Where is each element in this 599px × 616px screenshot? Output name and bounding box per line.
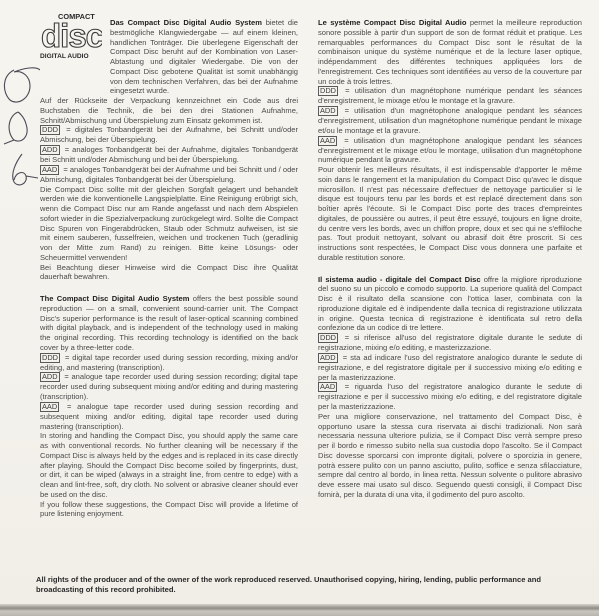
english-section: The Compact Disc Digital Audio System of… [40, 294, 298, 519]
logo-main-text: disc [41, 17, 102, 54]
code-badge: ADD [318, 106, 338, 116]
code-badge: DDD [40, 353, 60, 363]
left-column: COMPACT disc DIGITAL AUDIO Das Compact D… [40, 18, 298, 528]
german-code-intro: Auf der Rückseite der Verpackung kennzei… [40, 96, 298, 125]
french-intro-text: permet la meilleure reproduction sonore … [318, 18, 582, 86]
italian-section: Il sistema audio - digitale del Compact … [318, 275, 582, 500]
code-description: = utilisation d'un magnétophone numériqu… [318, 86, 582, 105]
code-badge: DDD [318, 333, 338, 343]
german-code-add: ADD = analoges Tonbandgerät bei der Aufn… [40, 145, 298, 165]
italian-title: Il sistema audio - digitale del Compact … [318, 275, 481, 284]
compact-disc-logo-icon: COMPACT disc DIGITAL AUDIO [40, 12, 102, 64]
code-description: = digitales Tonbandgerät bei der Aufnahm… [40, 125, 298, 144]
code-description: = analogue tape recorder used during ses… [40, 372, 298, 401]
french-title: Le système Compact Disc Digital Audio [318, 18, 466, 27]
english-intro: The Compact Disc Digital Audio System of… [40, 294, 298, 353]
code-description: = utilisation d'un magnétophone analogiq… [318, 106, 582, 135]
english-care: In storing and handling the Compact Disc… [40, 431, 298, 499]
code-description: = riguarda l'uso del registratore analog… [318, 382, 582, 411]
english-closing: If you follow these suggestions, the Com… [40, 500, 298, 520]
english-code-aad: AAD = analogue tape recorder used during… [40, 402, 298, 432]
code-description: = analoges Tonbandgerät bei der Aufnahme… [40, 145, 298, 164]
german-section: COMPACT disc DIGITAL AUDIO Das Compact D… [40, 18, 298, 282]
german-closing: Bei Beachtung dieser Hinweise wird die C… [40, 263, 298, 283]
code-badge: AAD [40, 165, 59, 175]
code-badge: ADD [40, 372, 60, 382]
code-badge: ADD [318, 353, 338, 363]
italian-code-add: ADD = sta ad indicare l'uso del registra… [318, 353, 582, 383]
french-code-aad: AAD = utilisation d'un magnétophone anal… [318, 136, 582, 166]
german-title: Das Compact Disc Digital Audio System [110, 18, 262, 27]
italian-code-aad: AAD = riguarda l'uso del registratore an… [318, 382, 582, 412]
german-care: Die Compact Disc sollte mit der gleichen… [40, 185, 298, 263]
code-description: = digital tape recorder used during sess… [40, 353, 298, 372]
code-description: = analoges Tonbandgerät bei der Aufnahme… [40, 165, 298, 184]
english-code-ddd: DDD = digital tape recorder used during … [40, 353, 298, 373]
code-badge: DDD [318, 86, 338, 96]
german-code-aad: AAD = analoges Tonbandgerät bei der Aufn… [40, 165, 298, 185]
french-code-ddd: DDD = utilisation d'un magnétophone numé… [318, 86, 582, 106]
french-care: Pour obtenir les meilleurs résultats, il… [318, 165, 582, 263]
logo-row: COMPACT disc DIGITAL AUDIO Das Compact D… [40, 18, 298, 96]
rights-notice: All rights of the producer and of the ow… [36, 575, 584, 595]
code-description: = analogue tape recorder used during ses… [40, 402, 298, 431]
french-code-add: ADD = utilisation d'un magnétophone anal… [318, 106, 582, 136]
code-badge: AAD [40, 402, 59, 412]
english-code-add: ADD = analogue tape recorder used during… [40, 372, 298, 402]
handwritten-scribble-icon [0, 40, 40, 200]
page-bottom-edge [0, 604, 599, 616]
german-code-ddd: DDD = digitales Tonbandgerät bei der Auf… [40, 125, 298, 145]
code-badge: AAD [318, 382, 337, 392]
booklet-page: COMPACT disc DIGITAL AUDIO Das Compact D… [0, 0, 599, 606]
italian-care: Per una migliore conservazione, nel trat… [318, 412, 582, 500]
code-description: = utilisation d'un magnétophone analogiq… [318, 136, 582, 165]
italian-intro: Il sistema audio - digitale del Compact … [318, 275, 582, 334]
french-section: Le système Compact Disc Digital Audio pe… [318, 18, 582, 263]
german-intro-text: bietet die bestmögliche Klangwiedergabe … [110, 18, 298, 95]
logo-bottom-text: DIGITAL AUDIO [40, 53, 89, 60]
german-intro: Das Compact Disc Digital Audio System bi… [110, 18, 298, 96]
code-badge: AAD [318, 136, 337, 146]
right-column: Le système Compact Disc Digital Audio pe… [318, 18, 582, 509]
code-description: = si riferisce all'uso del registratore … [318, 333, 582, 352]
code-badge: ADD [40, 145, 60, 155]
code-description: = sta ad indicare l'uso del registratore… [318, 353, 582, 382]
italian-code-ddd: DDD = si riferisce all'uso del registrat… [318, 333, 582, 353]
code-badge: DDD [40, 125, 60, 135]
english-title: The Compact Disc Digital Audio System [40, 294, 189, 303]
french-intro: Le système Compact Disc Digital Audio pe… [318, 18, 582, 86]
